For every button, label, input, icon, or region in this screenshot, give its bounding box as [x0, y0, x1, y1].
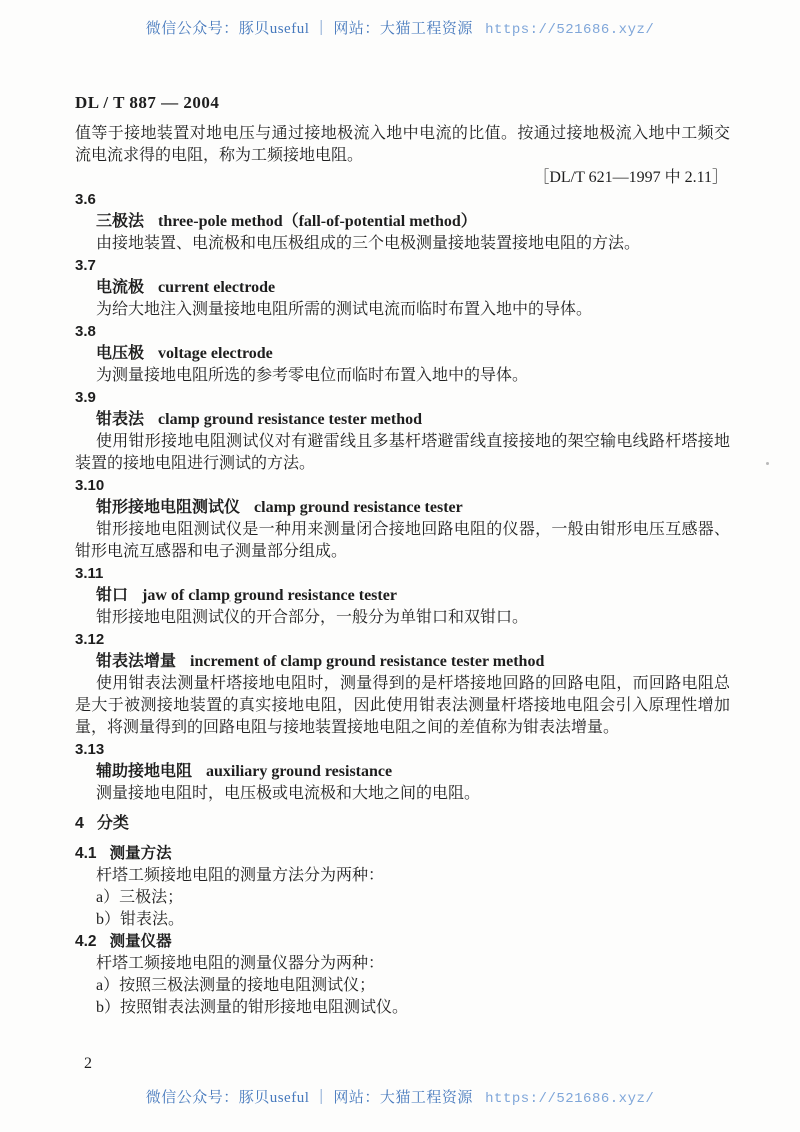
subsection-4-1: 4.1测量方法 杆塔工频接地电阻的测量方法分为两种： a）三极法； b）钳表法。 — [75, 843, 730, 931]
subsection-intro: 杆塔工频接地电阻的测量方法分为两种： — [75, 865, 730, 887]
scan-speck — [229, 600, 231, 602]
term-section-3-8: 3.8 电压极voltage electrode 为测量接地电阻所选的参考零电位… — [75, 321, 730, 387]
term-en: clamp ground resistance tester — [254, 499, 463, 516]
term-en: increment of clamp ground resistance tes… — [190, 653, 544, 670]
term-section-3-6: 3.6 三极法three-pole method（fall-of-potenti… — [75, 189, 730, 255]
term-definition: 钳形接地电阻测试仪的开合部分，一般分为单钳口和双钳口。 — [75, 607, 730, 629]
subsection-4-2: 4.2测量仪器 杆塔工频接地电阻的测量仪器分为两种： a）按照三极法测量的接地电… — [75, 931, 730, 1019]
chapter-number: 4 — [75, 815, 84, 832]
term-heading: 电流极current electrode — [75, 277, 730, 299]
term-zh: 三极法 — [96, 213, 144, 230]
term-section-3-7: 3.7 电流极current electrode 为给大地注入测量接地电阻所需的… — [75, 255, 730, 321]
term-number: 3.13 — [75, 739, 730, 761]
term-definition: 为给大地注入测量接地电阻所需的测试电流而临时布置入地中的导体。 — [75, 299, 730, 321]
term-definition: 使用钳表法测量杆塔接地电阻时，测量得到的是杆塔接地回路的回路电阻，而回路电阻总是… — [75, 673, 730, 739]
term-zh: 钳口 — [96, 587, 128, 604]
term-number: 3.9 — [75, 387, 730, 409]
document-page: 微信公众号：豚贝useful ｜ 网站：大猫工程资源 https://52168… — [0, 0, 800, 1132]
term-en: current electrode — [158, 279, 275, 296]
chapter-title: 分类 — [97, 815, 129, 832]
source-reference: ［DL/T 621—1997 中 2.11］ — [75, 167, 730, 189]
term-heading: 辅助接地电阻auxiliary ground resistance — [75, 761, 730, 783]
term-number: 3.12 — [75, 629, 730, 651]
term-zh: 电压极 — [96, 345, 144, 362]
term-section-3-10: 3.10 钳形接地电阻测试仪clamp ground resistance te… — [75, 475, 730, 563]
term-number: 3.10 — [75, 475, 730, 497]
term-section-3-13: 3.13 辅助接地电阻auxiliary ground resistance 测… — [75, 739, 730, 805]
term-number: 3.7 — [75, 255, 730, 277]
term-heading: 钳形接地电阻测试仪clamp ground resistance tester — [75, 497, 730, 519]
term-zh: 钳形接地电阻测试仪 — [96, 499, 240, 516]
term-zh: 电流极 — [96, 279, 144, 296]
header-watermark: 微信公众号：豚贝useful ｜ 网站：大猫工程资源 https://52168… — [0, 17, 800, 38]
term-zh: 辅助接地电阻 — [96, 763, 192, 780]
watermark-text: 微信公众号：豚贝useful ｜ 网站：大猫工程资源 — [146, 21, 473, 37]
term-number: 3.11 — [75, 563, 730, 585]
list-item: b）钳表法。 — [75, 909, 730, 931]
term-definition: 测量接地电阻时，电压极或电流极和大地之间的电阻。 — [75, 783, 730, 805]
list-item: b）按照钳表法测量的钳形接地电阻测试仪。 — [75, 997, 730, 1019]
footer-watermark: 微信公众号：豚贝useful ｜ 网站：大猫工程资源 https://52168… — [0, 1086, 800, 1107]
doc-code: DL / T 887 — 2004 — [75, 92, 730, 114]
term-number: 3.8 — [75, 321, 730, 343]
term-definition: 钳形接地电阻测试仪是一种用来测量闭合接地回路电阻的仪器，一般由钳形电压互感器、钳… — [75, 519, 730, 563]
watermark-url: https://521686.xyz/ — [485, 22, 654, 38]
term-section-3-11: 3.11 钳口jaw of clamp ground resistance te… — [75, 563, 730, 629]
term-zh: 钳表法增量 — [96, 653, 176, 670]
page-number: 2 — [84, 1053, 92, 1075]
chapter-heading: 4分类 — [75, 813, 730, 835]
term-definition: 为测量接地电阻所选的参考零电位而临时布置入地中的导体。 — [75, 365, 730, 387]
term-zh: 钳表法 — [96, 411, 144, 428]
term-number: 3.6 — [75, 189, 730, 211]
subsection-title: 测量仪器 — [110, 933, 172, 950]
term-section-3-9: 3.9 钳表法clamp ground resistance tester me… — [75, 387, 730, 475]
term-heading: 钳口jaw of clamp ground resistance tester — [75, 585, 730, 607]
term-en: clamp ground resistance tester method — [158, 411, 422, 428]
page-content: DL / T 887 — 2004 值等于接地装置对地电压与通过接地极流入地中电… — [75, 92, 730, 1019]
term-en: jaw of clamp ground resistance tester — [142, 587, 397, 604]
term-en: auxiliary ground resistance — [206, 763, 392, 780]
watermark-text: 微信公众号：豚贝useful ｜ 网站：大猫工程资源 — [146, 1090, 473, 1106]
term-heading: 电压极voltage electrode — [75, 343, 730, 365]
subsection-number: 4.2 — [75, 933, 97, 950]
subsection-number: 4.1 — [75, 845, 97, 862]
scan-speck — [766, 462, 769, 465]
term-heading: 三极法three-pole method（fall-of-potential m… — [75, 211, 730, 233]
subsection-intro: 杆塔工频接地电阻的测量仪器分为两种： — [75, 953, 730, 975]
term-definition: 由接地装置、电流极和电压极组成的三个电极测量接地装置接地电阻的方法。 — [75, 233, 730, 255]
term-heading: 钳表法增量increment of clamp ground resistanc… — [75, 651, 730, 673]
intro-paragraph: 值等于接地装置对地电压与通过接地极流入地中电流的比值。按通过接地极流入地中工频交… — [75, 123, 730, 167]
term-section-3-12: 3.12 钳表法增量increment of clamp ground resi… — [75, 629, 730, 739]
list-item: a）三极法； — [75, 887, 730, 909]
subsection-heading: 4.1测量方法 — [75, 843, 730, 865]
subsection-title: 测量方法 — [110, 845, 172, 862]
list-item: a）按照三极法测量的接地电阻测试仪； — [75, 975, 730, 997]
term-heading: 钳表法clamp ground resistance tester method — [75, 409, 730, 431]
term-en: three-pole method（fall-of-potential meth… — [158, 213, 477, 230]
term-definition: 使用钳形接地电阻测试仪对有避雷线且多基杆塔避雷线直接接地的架空输电线路杆塔接地装… — [75, 431, 730, 475]
watermark-url: https://521686.xyz/ — [485, 1091, 654, 1107]
subsection-heading: 4.2测量仪器 — [75, 931, 730, 953]
term-en: voltage electrode — [158, 345, 273, 362]
